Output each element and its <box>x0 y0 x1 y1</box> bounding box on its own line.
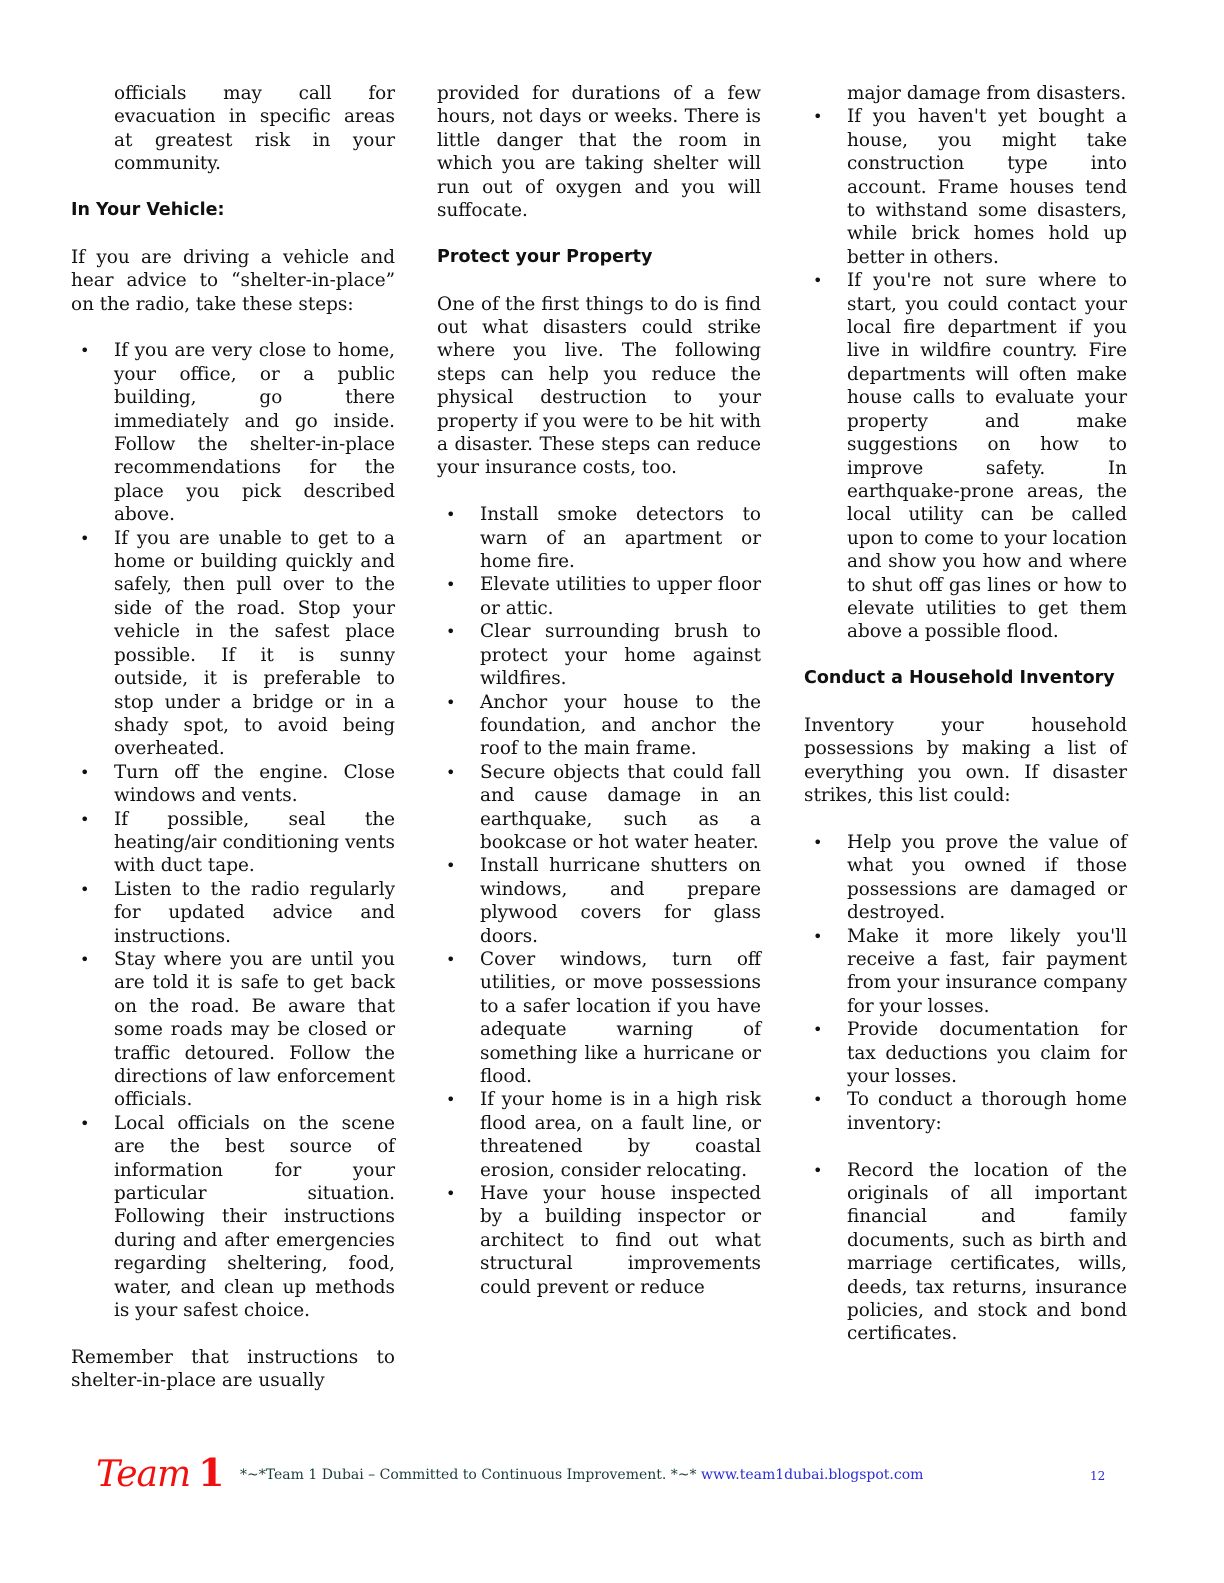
bullet-icon: • <box>813 925 822 948</box>
shelter-continuation: provided for durations of a few hours, n… <box>437 82 761 222</box>
team1-logo: Team1 <box>96 1450 225 1495</box>
page-footer: Team1 *~*Team 1 Dubai – Committed to Con… <box>0 1450 1224 1490</box>
list-item: •If you haven't yet bought a house, you … <box>804 105 1127 269</box>
column-3: major damage from disasters. •If you hav… <box>804 82 1127 1346</box>
column-1: officials may call for evacuation in spe… <box>71 82 395 1393</box>
logo-text: Team <box>96 1454 190 1495</box>
list-item: •Listen to the radio regularly for updat… <box>71 878 395 948</box>
bullet-icon: • <box>80 527 89 550</box>
property-steps-list: •Install smoke detectors to warn of an a… <box>437 503 761 1299</box>
list-item: •If you are very close to home, your off… <box>71 339 395 526</box>
bullet-icon: • <box>80 339 89 362</box>
footer-tagline: *~*Team 1 Dubai – Committed to Continuou… <box>240 1467 923 1483</box>
bullet-icon: • <box>813 105 822 128</box>
list-item: •Make it more likely you'll receive a fa… <box>804 925 1127 1019</box>
tagline-text: *~*Team 1 Dubai – Committed to Continuou… <box>240 1467 701 1483</box>
list-item: •Provide documentation for tax deduction… <box>804 1018 1127 1088</box>
bullet-icon: • <box>446 854 455 877</box>
list-item: •Turn off the engine. Close windows and … <box>71 761 395 808</box>
bullet-icon: • <box>446 761 455 784</box>
bullet-icon: • <box>813 831 822 854</box>
bullet-icon: • <box>446 1182 455 1205</box>
bullet-icon: • <box>446 573 455 596</box>
section-heading-vehicle: In Your Vehicle: <box>71 199 395 222</box>
vehicle-steps-list: •If you are very close to home, your off… <box>71 339 395 1322</box>
list-item: •Have your house inspected by a building… <box>437 1182 761 1299</box>
list-item: •If possible, seal the heating/air condi… <box>71 808 395 878</box>
section-heading-property: Protect your Property <box>437 246 761 269</box>
inventory-benefits-list: •Help you prove the value of what you ow… <box>804 831 1127 1135</box>
logo-number: 1 <box>198 1450 224 1495</box>
list-item: •Local officials on the scene are the be… <box>71 1112 395 1323</box>
bullet-icon: • <box>446 503 455 526</box>
list-item: •To conduct a thorough home inventory: <box>804 1088 1127 1135</box>
column-2: provided for durations of a few hours, n… <box>437 82 761 1299</box>
list-item: •Install smoke detectors to warn of an a… <box>437 503 761 573</box>
bullet-icon: • <box>813 1088 822 1111</box>
list-item: •If your home is in a high risk flood ar… <box>437 1088 761 1182</box>
list-item: •Record the location of the originals of… <box>804 1159 1127 1346</box>
list-item: •Secure objects that could fall and caus… <box>437 761 761 855</box>
page-number: 12 <box>1090 1469 1105 1483</box>
list-item: •If you're not sure where to start, you … <box>804 269 1127 644</box>
bullet-icon: • <box>813 1018 822 1041</box>
document-page: officials may call for evacuation in spe… <box>0 0 1224 1583</box>
vehicle-intro: If you are driving a vehicle and hear ad… <box>71 246 395 316</box>
bullet-icon: • <box>446 1088 455 1111</box>
list-item: •If you are unable to get to a home or b… <box>71 527 395 761</box>
bullet-icon: • <box>813 269 822 292</box>
bullet-icon: • <box>446 620 455 643</box>
bullet-icon: • <box>80 948 89 971</box>
section-heading-inventory: Conduct a Household Inventory <box>804 667 1127 690</box>
inventory-steps-list: •Record the location of the originals of… <box>804 1159 1127 1346</box>
property-steps-list-continued: •If you haven't yet bought a house, you … <box>804 105 1127 643</box>
list-item: •Install hurricane shutters on windows, … <box>437 854 761 948</box>
intro-continuation: officials may call for evacuation in spe… <box>71 82 395 176</box>
bullet-icon: • <box>80 878 89 901</box>
list-item: •Help you prove the value of what you ow… <box>804 831 1127 925</box>
list-item: •Elevate utilities to upper floor or att… <box>437 573 761 620</box>
bullet-icon: • <box>80 808 89 831</box>
inventory-intro: Inventory your household possessions by … <box>804 714 1127 808</box>
list-item: •Cover windows, turn off utilities, or m… <box>437 948 761 1088</box>
bullet-icon: • <box>80 1112 89 1135</box>
bullet-icon: • <box>446 691 455 714</box>
bullet-icon: • <box>813 1159 822 1182</box>
blog-link[interactable]: www.team1dubai.blogspot.com <box>701 1467 923 1483</box>
bullet-icon: • <box>80 761 89 784</box>
bullet-icon: • <box>446 948 455 971</box>
remember-paragraph: Remember that instructions to shelter-in… <box>71 1346 395 1393</box>
property-intro: One of the first things to do is find ou… <box>437 293 761 480</box>
property-continuation: major damage from disasters. <box>804 82 1127 105</box>
list-item: •Stay where you are until you are told i… <box>71 948 395 1112</box>
list-item: •Anchor your house to the foundation, an… <box>437 691 761 761</box>
list-item: •Clear surrounding brush to protect your… <box>437 620 761 690</box>
